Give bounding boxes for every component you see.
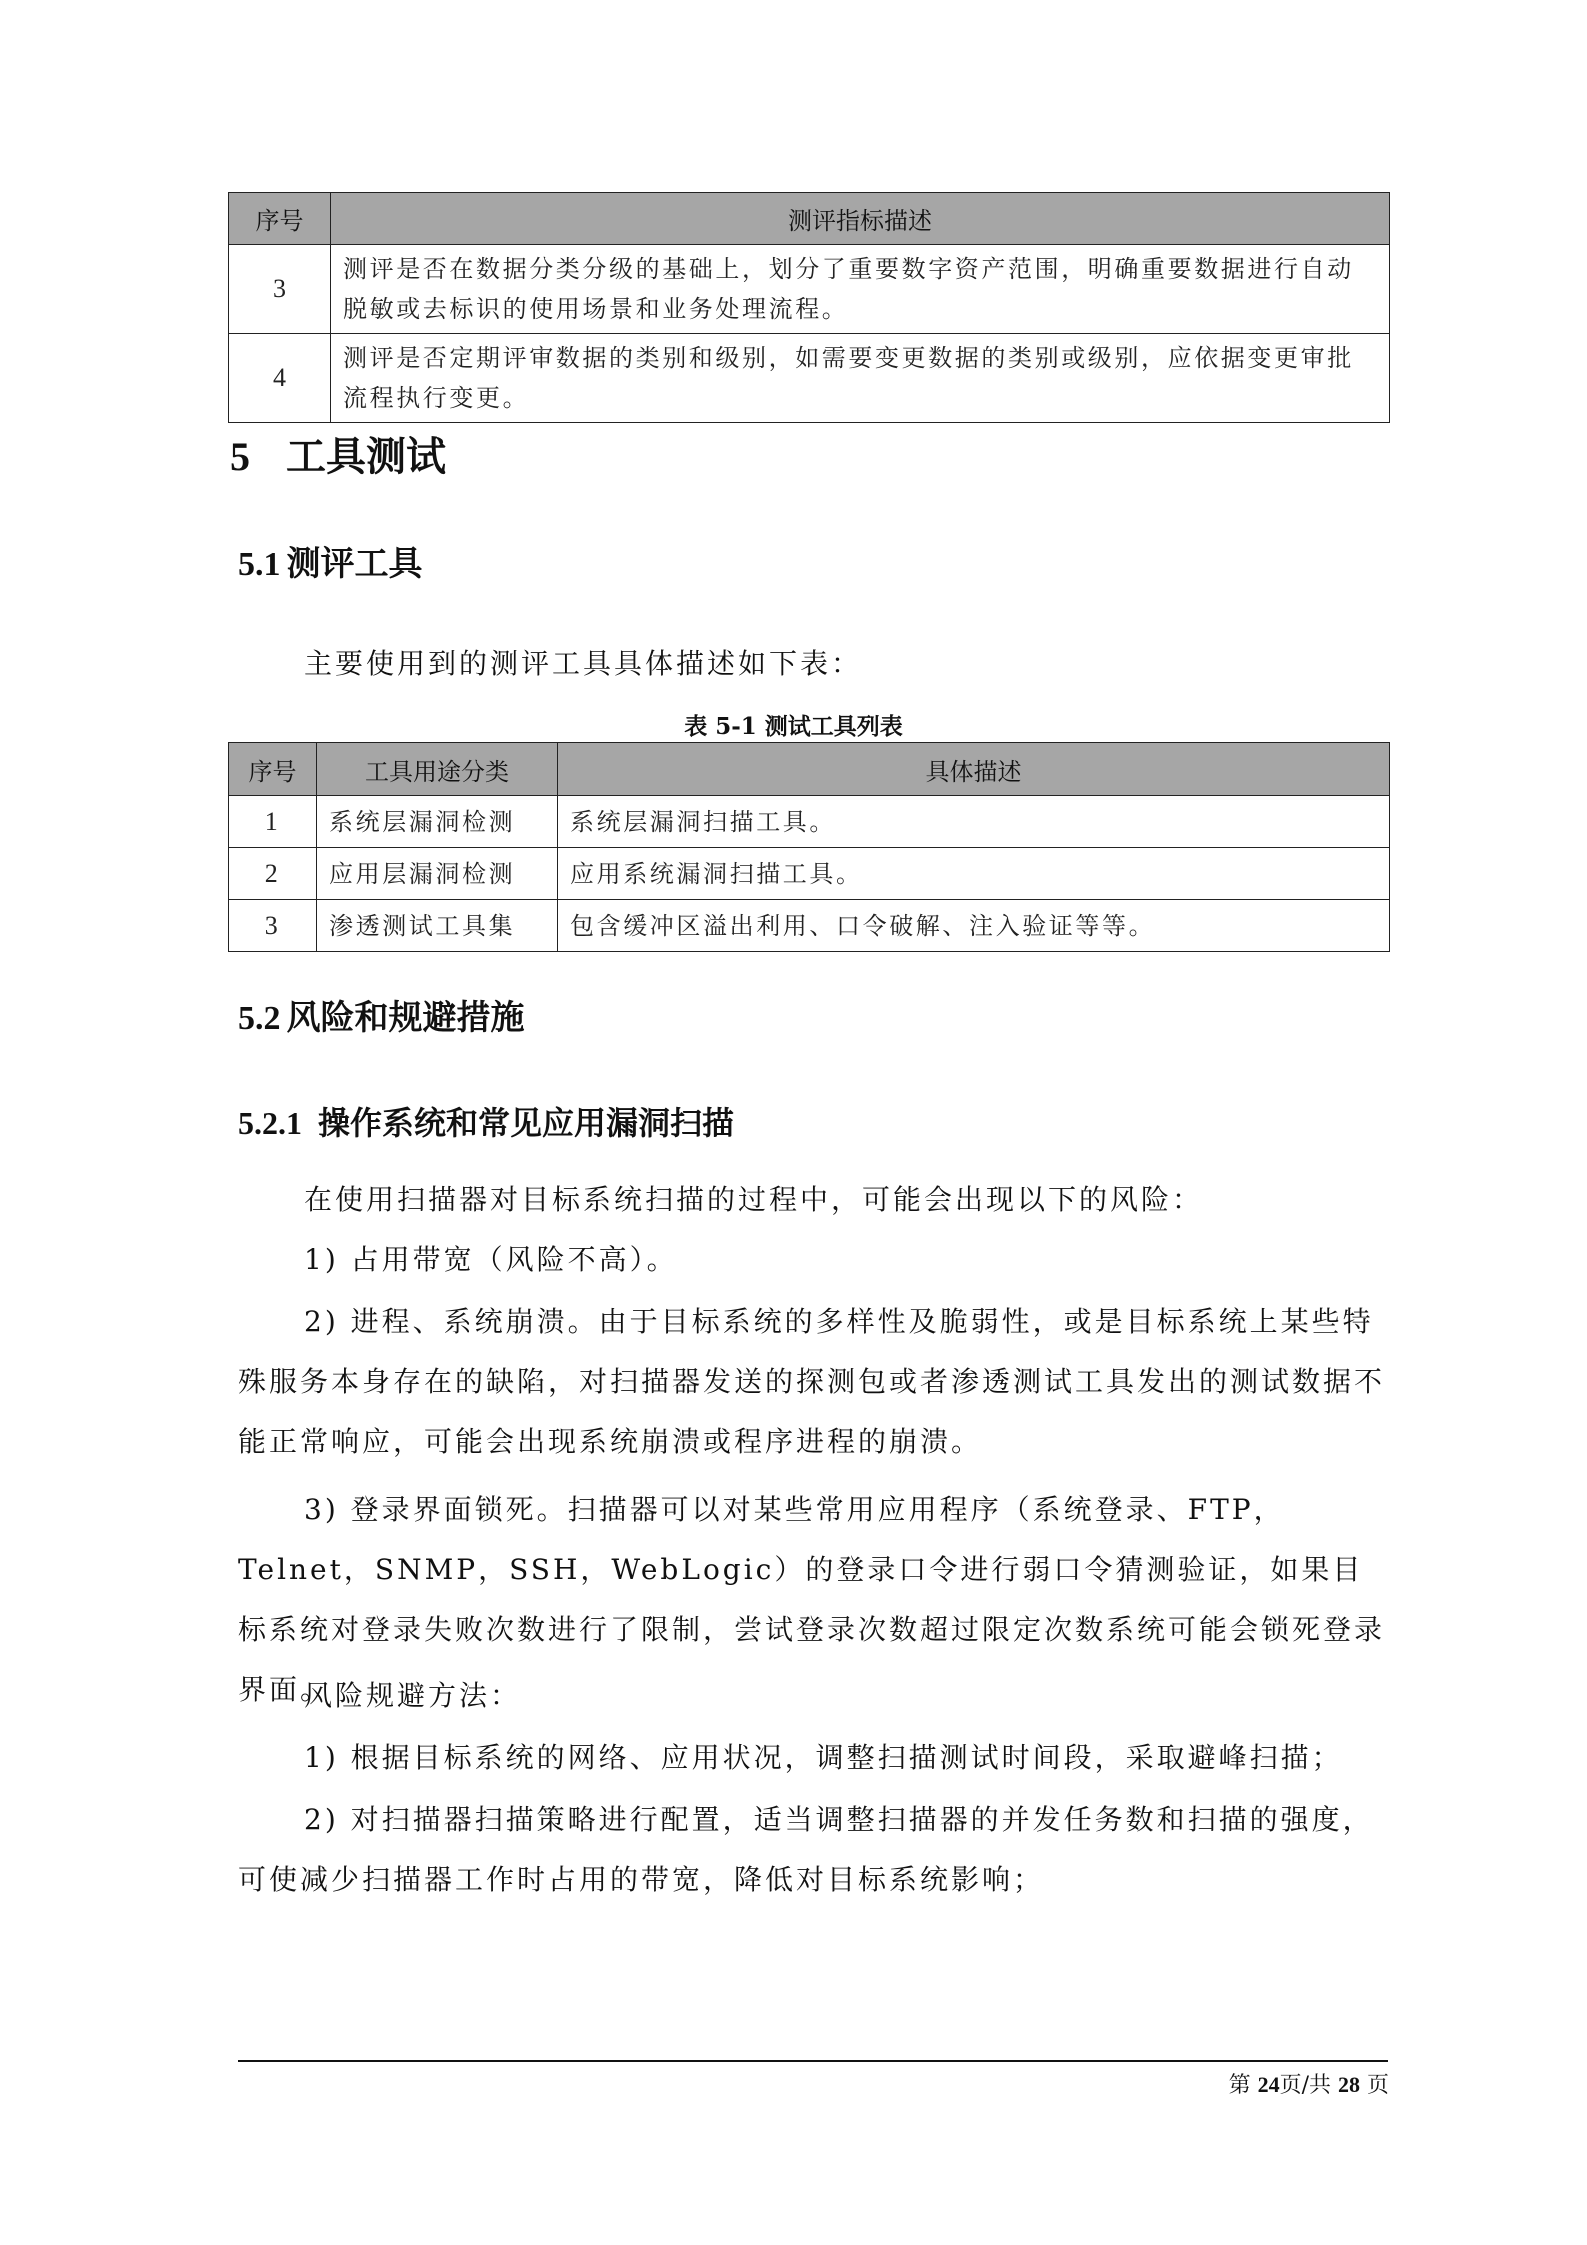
section-title: 测评工具 [287, 544, 423, 584]
row-category: 应用层漏洞检测 [317, 848, 558, 900]
table-row: 4 测评是否定期评审数据的类别和级别，如需要变更数据的类别或级别，应依据变更审批… [229, 334, 1390, 423]
section-number: 5.2.1 [238, 1105, 302, 1141]
row-description: 包含缓冲区溢出利用、口令破解、注入验证等等。 [558, 900, 1390, 952]
body-paragraph: 1) 占用带宽（风险不高）。 [238, 1230, 1390, 1290]
body-paragraph: 1) 根据目标系统的网络、应用状况，调整扫描测试时间段，采取避峰扫描； [238, 1728, 1390, 1788]
row-category: 渗透测试工具集 [317, 900, 558, 952]
body-paragraph: 2) 对扫描器扫描策略进行配置，适当调整扫描器的并发任务数和扫描的强度，可使减少… [238, 1790, 1390, 1910]
section-5-2-heading: 5.2风险和规避措施 [238, 990, 525, 1039]
row-number: 3 [229, 245, 331, 334]
footer-prefix: 第 [1229, 2073, 1258, 2098]
intro-paragraph: 主要使用到的测评工具具体描述如下表： [238, 634, 1390, 694]
row-number: 2 [229, 848, 317, 900]
current-page: 24 [1258, 2072, 1280, 2097]
table-header-row: 序号 测评指标描述 [229, 193, 1390, 245]
row-description: 测评是否定期评审数据的类别和级别，如需要变更数据的类别或级别，应依据变更审批流程… [331, 334, 1390, 423]
row-number: 1 [229, 796, 317, 848]
table-row: 2 应用层漏洞检测 应用系统漏洞扫描工具。 [229, 848, 1390, 900]
section-5-2-1-heading: 5.2.1操作系统和常见应用漏洞扫描 [238, 1098, 734, 1144]
table-row: 1 系统层漏洞检测 系统层漏洞扫描工具。 [229, 796, 1390, 848]
evaluation-criteria-table: 序号 测评指标描述 3 测评是否在数据分类分级的基础上，划分了重要数字资产范围，… [228, 192, 1390, 423]
table-header-row: 序号 工具用途分类 具体描述 [229, 743, 1390, 796]
table-caption: 表 5-1 测试工具列表 [0, 708, 1587, 741]
column-header-category: 工具用途分类 [317, 743, 558, 796]
body-paragraph: 2) 进程、系统崩溃。由于目标系统的多样性及脆弱性，或是目标系统上某些特殊服务本… [238, 1292, 1390, 1472]
column-header-desc: 测评指标描述 [331, 193, 1390, 245]
row-category: 系统层漏洞检测 [317, 796, 558, 848]
footer-suffix: 页 [1360, 2073, 1389, 2098]
section-title: 工具测试 [286, 434, 446, 480]
page-number: 第 24页/共 28 页 [1229, 2068, 1389, 2099]
section-title: 风险和规避措施 [287, 998, 525, 1038]
column-header-desc: 具体描述 [558, 743, 1390, 796]
row-number: 4 [229, 334, 331, 423]
footer-divider [238, 2060, 1388, 2062]
row-description: 系统层漏洞扫描工具。 [558, 796, 1390, 848]
section-number: 5.1 [238, 546, 281, 583]
column-header-no: 序号 [229, 193, 331, 245]
section-5-heading: 5工具测试 [230, 425, 446, 482]
row-description: 测评是否在数据分类分级的基础上，划分了重要数字资产范围，明确重要数据进行自动脱敏… [331, 245, 1390, 334]
total-pages: 28 [1338, 2072, 1360, 2097]
section-title: 操作系统和常见应用漏洞扫描 [318, 1104, 734, 1142]
body-paragraph: 风险规避方法： [238, 1666, 1390, 1726]
section-number: 5 [230, 434, 250, 479]
column-header-no: 序号 [229, 743, 317, 796]
section-number: 5.2 [238, 1000, 281, 1037]
row-description: 应用系统漏洞扫描工具。 [558, 848, 1390, 900]
body-paragraph: 在使用扫描器对目标系统扫描的过程中，可能会出现以下的风险： [238, 1170, 1390, 1230]
footer-middle: 页/共 [1280, 2073, 1338, 2098]
table-row: 3 测评是否在数据分类分级的基础上，划分了重要数字资产范围，明确重要数据进行自动… [229, 245, 1390, 334]
table-row: 3 渗透测试工具集 包含缓冲区溢出利用、口令破解、注入验证等等。 [229, 900, 1390, 952]
test-tools-table: 序号 工具用途分类 具体描述 1 系统层漏洞检测 系统层漏洞扫描工具。 2 应用… [228, 742, 1390, 952]
row-number: 3 [229, 900, 317, 952]
section-5-1-heading: 5.1测评工具 [238, 536, 423, 585]
